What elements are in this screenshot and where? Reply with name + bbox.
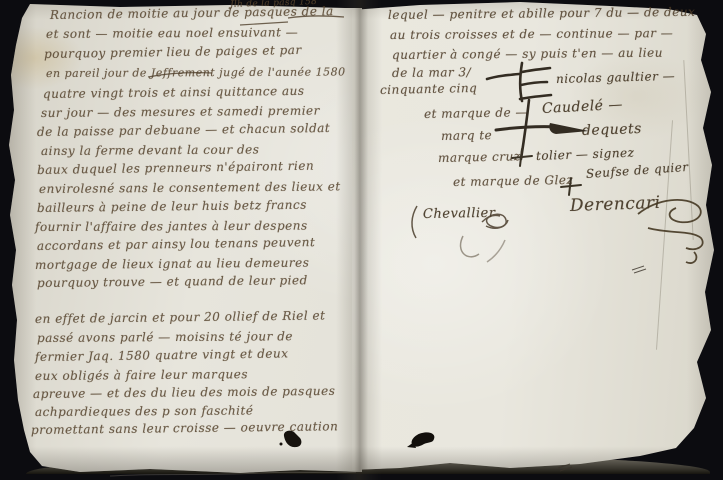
paper-crease	[656, 120, 673, 350]
handwriting-line: au trois croisses et de — continue — par…	[390, 26, 673, 42]
marque-label: marq te	[441, 128, 492, 143]
handwriting-line: quartier à congé — sy puis t'en — au lie…	[392, 46, 663, 62]
manuscript-scan: Jlh de la pasq 158 Rancion de moitie au …	[0, 0, 723, 480]
handwriting-line: et sont — moitie eau noel ensuivant —	[46, 25, 298, 41]
handwriting-line: sur jour — des mesures et samedi premier	[41, 104, 320, 120]
marque-label: marque cruz	[438, 149, 521, 165]
paper-crease	[683, 60, 693, 240]
handwriting-line: de la mar 3/	[392, 65, 471, 80]
signature-chevallier: Chevallier	[423, 206, 496, 222]
signature-dequets: dequets	[582, 121, 642, 139]
handwriting-line: mortgage de lieux ignat au lieu demeures	[35, 256, 309, 272]
handwriting-line: pourquoy trouve — et quand de leur pied	[37, 273, 308, 290]
marque-label: et marque de Glez	[453, 173, 574, 189]
handwriting-line: achpardieques des p son faschité	[35, 403, 254, 419]
handwriting-line: passé avons parlé — moisins té jour de	[37, 329, 293, 345]
signature-derencari: Derencari	[570, 193, 661, 216]
handwriting-line: ainsy la ferme devant la cour des	[41, 142, 260, 158]
marque-label: et marque de —	[424, 105, 528, 121]
handwriting-line: cinquante cinq	[380, 81, 478, 97]
handwriting-line: en pareil jour de Jeffrement jugé de l'a…	[46, 65, 346, 80]
handwriting-line: envirolesné sans le consentement des lie…	[39, 179, 341, 196]
handwriting-line: eux obligés à faire leur marques	[35, 367, 248, 383]
handwriting-line: fournir l'affaire des jantes à leur desp…	[35, 219, 308, 234]
